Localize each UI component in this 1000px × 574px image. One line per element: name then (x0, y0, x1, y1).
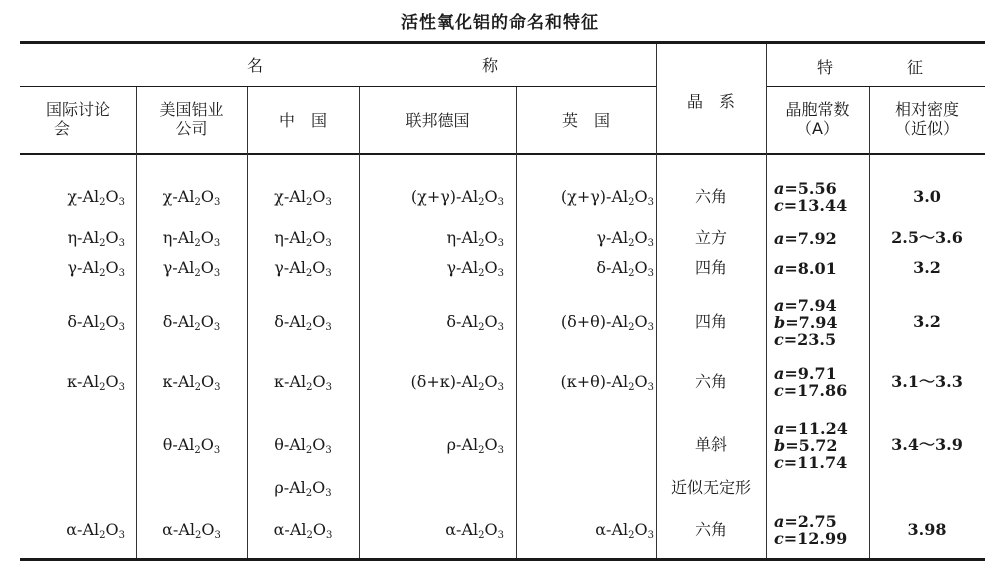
lattice-param: c=23.5 (774, 331, 869, 348)
header-intl-line2: 会 (20, 119, 136, 138)
cell-china: θ-Al2O3 (247, 436, 359, 454)
cell-lattice: a=2.75c=12.99 (774, 513, 869, 547)
cell-china: ρ-Al2O3 (247, 479, 359, 497)
cell-china: η-Al2O3 (247, 229, 359, 247)
header-group-features-right: 征 (905, 58, 925, 77)
cell-uk: γ-Al2O3 (516, 229, 654, 247)
cell-lattice: a=8.01 (774, 260, 869, 277)
header-alcoa-line2: 公司 (136, 119, 247, 138)
cell-frg: α-Al2O3 (359, 521, 504, 539)
header-intl-line1: 国际讨论 (20, 100, 136, 119)
cell-china: α-Al2O3 (247, 521, 359, 539)
cell-crystal: 立方 (656, 229, 766, 247)
cell-alcoa: δ-Al2O3 (136, 313, 247, 331)
cell-frg: (χ+γ)-Al2O3 (359, 188, 504, 206)
cell-alcoa: θ-Al2O3 (136, 436, 247, 454)
cell-lattice: a=9.71c=17.86 (774, 365, 869, 399)
bottom-rule (20, 558, 985, 561)
cell-density: 3.98 (869, 521, 985, 539)
header-china: 中 国 (247, 111, 359, 130)
header-alcoa-line1: 美国铝业 (136, 100, 247, 119)
lattice-param: a=7.94 (774, 297, 869, 314)
lattice-param: c=12.99 (774, 530, 869, 547)
cell-china: κ-Al2O3 (247, 373, 359, 391)
cell-crystal: 六角 (656, 521, 766, 539)
cell-density: 3.2 (869, 259, 985, 277)
cell-uk: δ-Al2O3 (516, 259, 654, 277)
cell-alcoa: α-Al2O3 (136, 521, 247, 539)
header-lattice: 晶胞常数 （A） (766, 100, 869, 138)
cell-uk: (δ+θ)-Al2O3 (516, 313, 654, 331)
header-group-names-right: 称 (480, 56, 500, 75)
lattice-param: a=7.92 (774, 230, 869, 247)
cell-intl: γ-Al2O3 (20, 259, 125, 277)
cell-frg: (δ+κ)-Al2O3 (359, 373, 504, 391)
header-crystal-system: 晶 系 (656, 92, 766, 111)
header-group-features-left: 特 (815, 58, 835, 77)
lattice-param: a=9.71 (774, 365, 869, 382)
cell-frg: δ-Al2O3 (359, 313, 504, 331)
cell-china: χ-Al2O3 (247, 188, 359, 206)
cell-frg: γ-Al2O3 (359, 259, 504, 277)
cell-intl: δ-Al2O3 (20, 313, 125, 331)
top-rule (20, 41, 985, 44)
cell-lattice: a=7.94b=7.94c=23.5 (774, 297, 869, 348)
header-intl: 国际讨论 会 (20, 100, 136, 138)
cell-alcoa: η-Al2O3 (136, 229, 247, 247)
header-density-line1: 相对密度 (869, 100, 985, 119)
header-lattice-line2: （A） (766, 119, 869, 138)
header-density-line2: （近似） (869, 119, 985, 138)
cell-china: δ-Al2O3 (247, 313, 359, 331)
cell-crystal: 六角 (656, 188, 766, 206)
cell-crystal: 四角 (656, 259, 766, 277)
lattice-param: a=5.56 (774, 180, 869, 197)
cell-uk: α-Al2O3 (516, 521, 654, 539)
cell-lattice: a=5.56c=13.44 (774, 180, 869, 214)
cell-intl: κ-Al2O3 (20, 373, 125, 391)
cell-china: γ-Al2O3 (247, 259, 359, 277)
cell-density: 3.4～3.9 (869, 436, 985, 454)
header-uk: 英 国 (516, 111, 656, 130)
cell-uk: (χ+γ)-Al2O3 (516, 188, 654, 206)
cell-crystal: 四角 (656, 313, 766, 331)
lattice-param: c=11.74 (774, 454, 869, 471)
lattice-param: c=13.44 (774, 197, 869, 214)
cell-frg: ρ-Al2O3 (359, 436, 504, 454)
header-lattice-line1: 晶胞常数 (766, 100, 869, 119)
cell-density: 3.2 (869, 313, 985, 331)
cell-density: 2.5～3.6 (869, 229, 985, 247)
lattice-param: a=11.24 (774, 420, 869, 437)
lattice-param: a=8.01 (774, 260, 869, 277)
cell-lattice: a=7.92 (774, 230, 869, 247)
cell-alcoa: χ-Al2O3 (136, 188, 247, 206)
lattice-param: c=17.86 (774, 382, 869, 399)
cell-density: 3.1～3.3 (869, 373, 985, 391)
lattice-param: b=7.94 (774, 314, 869, 331)
header-bottom-rule (20, 153, 985, 155)
cell-intl: χ-Al2O3 (20, 188, 125, 206)
cell-crystal: 六角 (656, 373, 766, 391)
lattice-param: b=5.72 (774, 437, 869, 454)
cell-density: 3.0 (869, 188, 985, 206)
features-subheader-rule (766, 86, 985, 87)
cell-intl: α-Al2O3 (20, 521, 125, 539)
cell-frg: η-Al2O3 (359, 229, 504, 247)
header-frg: 联邦德国 (359, 111, 516, 130)
cell-lattice: a=11.24b=5.72c=11.74 (774, 420, 869, 471)
cell-alcoa: κ-Al2O3 (136, 373, 247, 391)
cell-uk: (κ+θ)-Al2O3 (516, 373, 654, 391)
cell-alcoa: γ-Al2O3 (136, 259, 247, 277)
cell-intl: η-Al2O3 (20, 229, 125, 247)
cell-crystal: 近似无定形 (656, 479, 766, 497)
header-group-names-left: 名 (245, 56, 265, 75)
names-subheader-rule (20, 86, 656, 87)
lattice-param: a=2.75 (774, 513, 869, 530)
cell-crystal: 单斜 (656, 436, 766, 454)
header-density: 相对密度 （近似） (869, 100, 985, 138)
header-alcoa: 美国铝业 公司 (136, 100, 247, 138)
table-title: 活性氧化铝的命名和特征 (0, 8, 1000, 33)
